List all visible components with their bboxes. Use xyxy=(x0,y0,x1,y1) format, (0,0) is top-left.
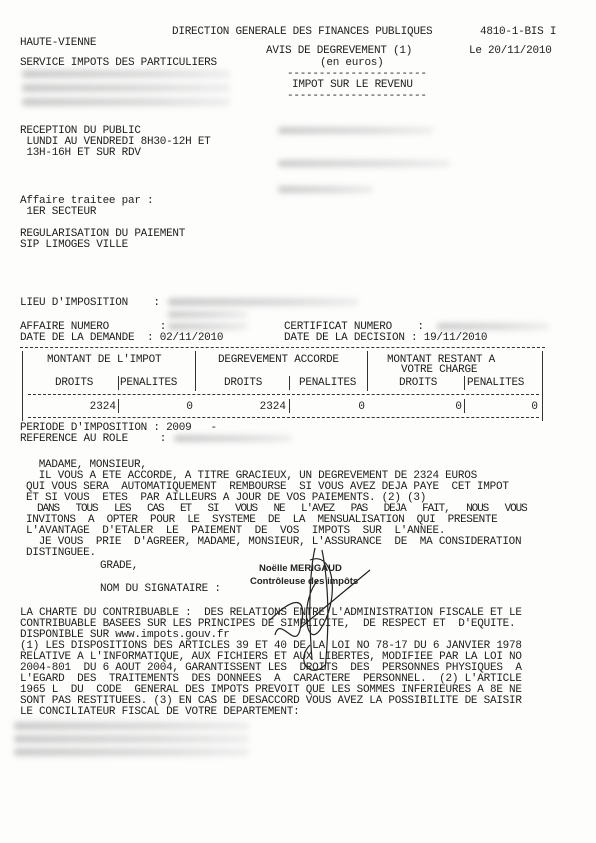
redacted-affaire xyxy=(168,323,248,330)
footer-line: LE CONCILIATEUR FISCAL DE VOTRE DEPARTEM… xyxy=(20,707,299,718)
col-penalites-2: PENALITES xyxy=(299,378,356,389)
signatory-label: NOM DU SIGNATAIRE : xyxy=(100,584,221,595)
redacted-conciliator xyxy=(14,748,249,756)
redacted-conciliator xyxy=(14,735,249,743)
col-group-degrevement: DEGREVEMENT ACCORDE xyxy=(218,355,339,366)
col-group-votre-charge: VOTRE CHARGE xyxy=(401,365,477,376)
handled-by-value: 1ER SECTEUR xyxy=(20,207,96,218)
notice-title: AVIS DE DEGREVEMENT (1) xyxy=(266,46,412,57)
service-name: SERVICE IMPOTS DES PARTICULIERS xyxy=(20,58,217,69)
redacted-recipient xyxy=(278,160,450,167)
redacted-lieu xyxy=(168,298,358,306)
col-droits-3: DROITS xyxy=(399,378,437,389)
col-droits-2: DROITS xyxy=(224,378,262,389)
value-penalites-degrevement: 0 xyxy=(292,402,365,413)
department: HAUTE-VIENNE xyxy=(20,38,96,49)
redacted-recipient xyxy=(278,127,433,134)
value-penalites-restant: 0 xyxy=(467,402,538,413)
col-penalites-1: PENALITES xyxy=(120,378,177,389)
value-droits-impot: 2324 xyxy=(60,402,116,413)
redacted-lieu xyxy=(168,311,248,318)
grade-label: GRADE, xyxy=(100,561,138,572)
form-code: 4810-1-BIS I xyxy=(480,27,556,38)
value-penalites-impot: 0 xyxy=(120,402,193,413)
col-penalites-3: PENALITES xyxy=(467,378,524,389)
lieu-imposition-label: LIEU D'IMPOSITION : xyxy=(20,298,160,309)
date-demande: DATE DE LA DEMANDE : 02/11/2010 xyxy=(20,333,223,344)
letter-line: DISTINGUEE. xyxy=(26,548,96,559)
redacted-certificat xyxy=(437,323,549,330)
unit-location: SIP LIMOGES VILLE xyxy=(20,240,128,251)
redacted-recipient xyxy=(278,186,373,193)
redacted-address xyxy=(22,98,230,106)
redacted-conciliator xyxy=(14,722,249,730)
separator-bottom: ---------------------- xyxy=(287,91,427,102)
reception-hours-2: 13H-16H ET SUR RDV xyxy=(20,148,141,159)
col-droits-1: DROITS xyxy=(55,378,93,389)
redacted-address xyxy=(22,84,230,92)
reference-role-label: REFERENCE AU ROLE : xyxy=(20,434,166,445)
notice-date: Le 20/11/2010 xyxy=(469,46,552,57)
direction-title: DIRECTION GENERALE DES FINANCES PUBLIQUE… xyxy=(172,27,432,38)
redacted-address xyxy=(22,70,230,78)
value-droits-restant: 0 xyxy=(400,402,462,413)
col-group-montant-impot: MONTANT DE L'IMPOT xyxy=(47,355,161,366)
redacted-reference xyxy=(174,435,292,442)
value-droits-degrevement: 2324 xyxy=(220,402,286,413)
date-decision: DATE DE LA DECISION : 19/11/2010 xyxy=(284,333,487,344)
